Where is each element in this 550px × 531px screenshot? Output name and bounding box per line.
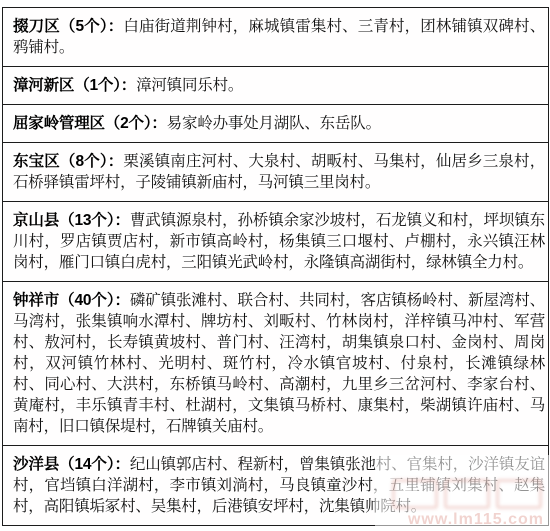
district-name-label: 东宝区（8个）： (13, 153, 123, 170)
district-name-label: 屈家岭管理区（2个）： (13, 115, 167, 132)
village-list-text: 易家岭办事处月湖队、东岳队。 (167, 115, 381, 132)
table-row-dongbao: 东宝区（8个）：栗溪镇南庄河村、大泉村、胡畈村、马集村，仙居乡三泉村，石桥驿镇雷… (3, 143, 548, 202)
page: 掇刀区（5个）：白庙街道荆钟村，麻城镇雷集村、三青村，团林铺镇双碑村、鸦铺村。 … (0, 0, 550, 531)
table-row-zhanghe: 漳河新区（1个）：漳河镇同乐村。 (3, 67, 548, 105)
village-list-text: 磷矿镇张滩村、联合村、共同村，客店镇杨岭村、新屋湾村、马湾村，张集镇响水潭村、牌… (13, 292, 545, 435)
village-list-text: 漳河镇同乐村。 (136, 77, 243, 94)
district-name-label: 掇刀区（5个）： (13, 18, 123, 35)
table-row-shayang: 沙洋县（14个）：纪山镇郭店村、程新村，曾集镇张池村、官集村，沙洋镇友谊村，官垱… (3, 446, 548, 525)
table-row-duodao: 掇刀区（5个）：白庙街道荆钟村，麻城镇雷集村、三青村，团林铺镇双碑村、鸦铺村。 (3, 8, 548, 67)
district-name-label: 京山县（13个）： (13, 212, 130, 229)
district-name-label: 漳河新区（1个）： (13, 77, 136, 94)
table-row-zhongxiang: 钟祥市（40个）：磷矿镇张滩村、联合村、共同村，客店镇杨岭村、新屋湾村、马湾村，… (3, 282, 548, 446)
district-name-label: 沙洋县（14个）： (13, 456, 130, 473)
table-row-jingshan: 京山县（13个）：曹武镇源泉村，孙桥镇余家沙坡村，石龙镇义和村，坪坝镇东川村，罗… (3, 202, 548, 282)
village-table: 掇刀区（5个）：白庙街道荆钟村，麻城镇雷集村、三青村，团林铺镇双碑村、鸦铺村。 … (2, 7, 549, 526)
district-name-label: 钟祥市（40个）： (13, 292, 130, 309)
table-row-qujialing: 屈家岭管理区（2个）：易家岭办事处月湖队、东岳队。 (3, 105, 548, 143)
